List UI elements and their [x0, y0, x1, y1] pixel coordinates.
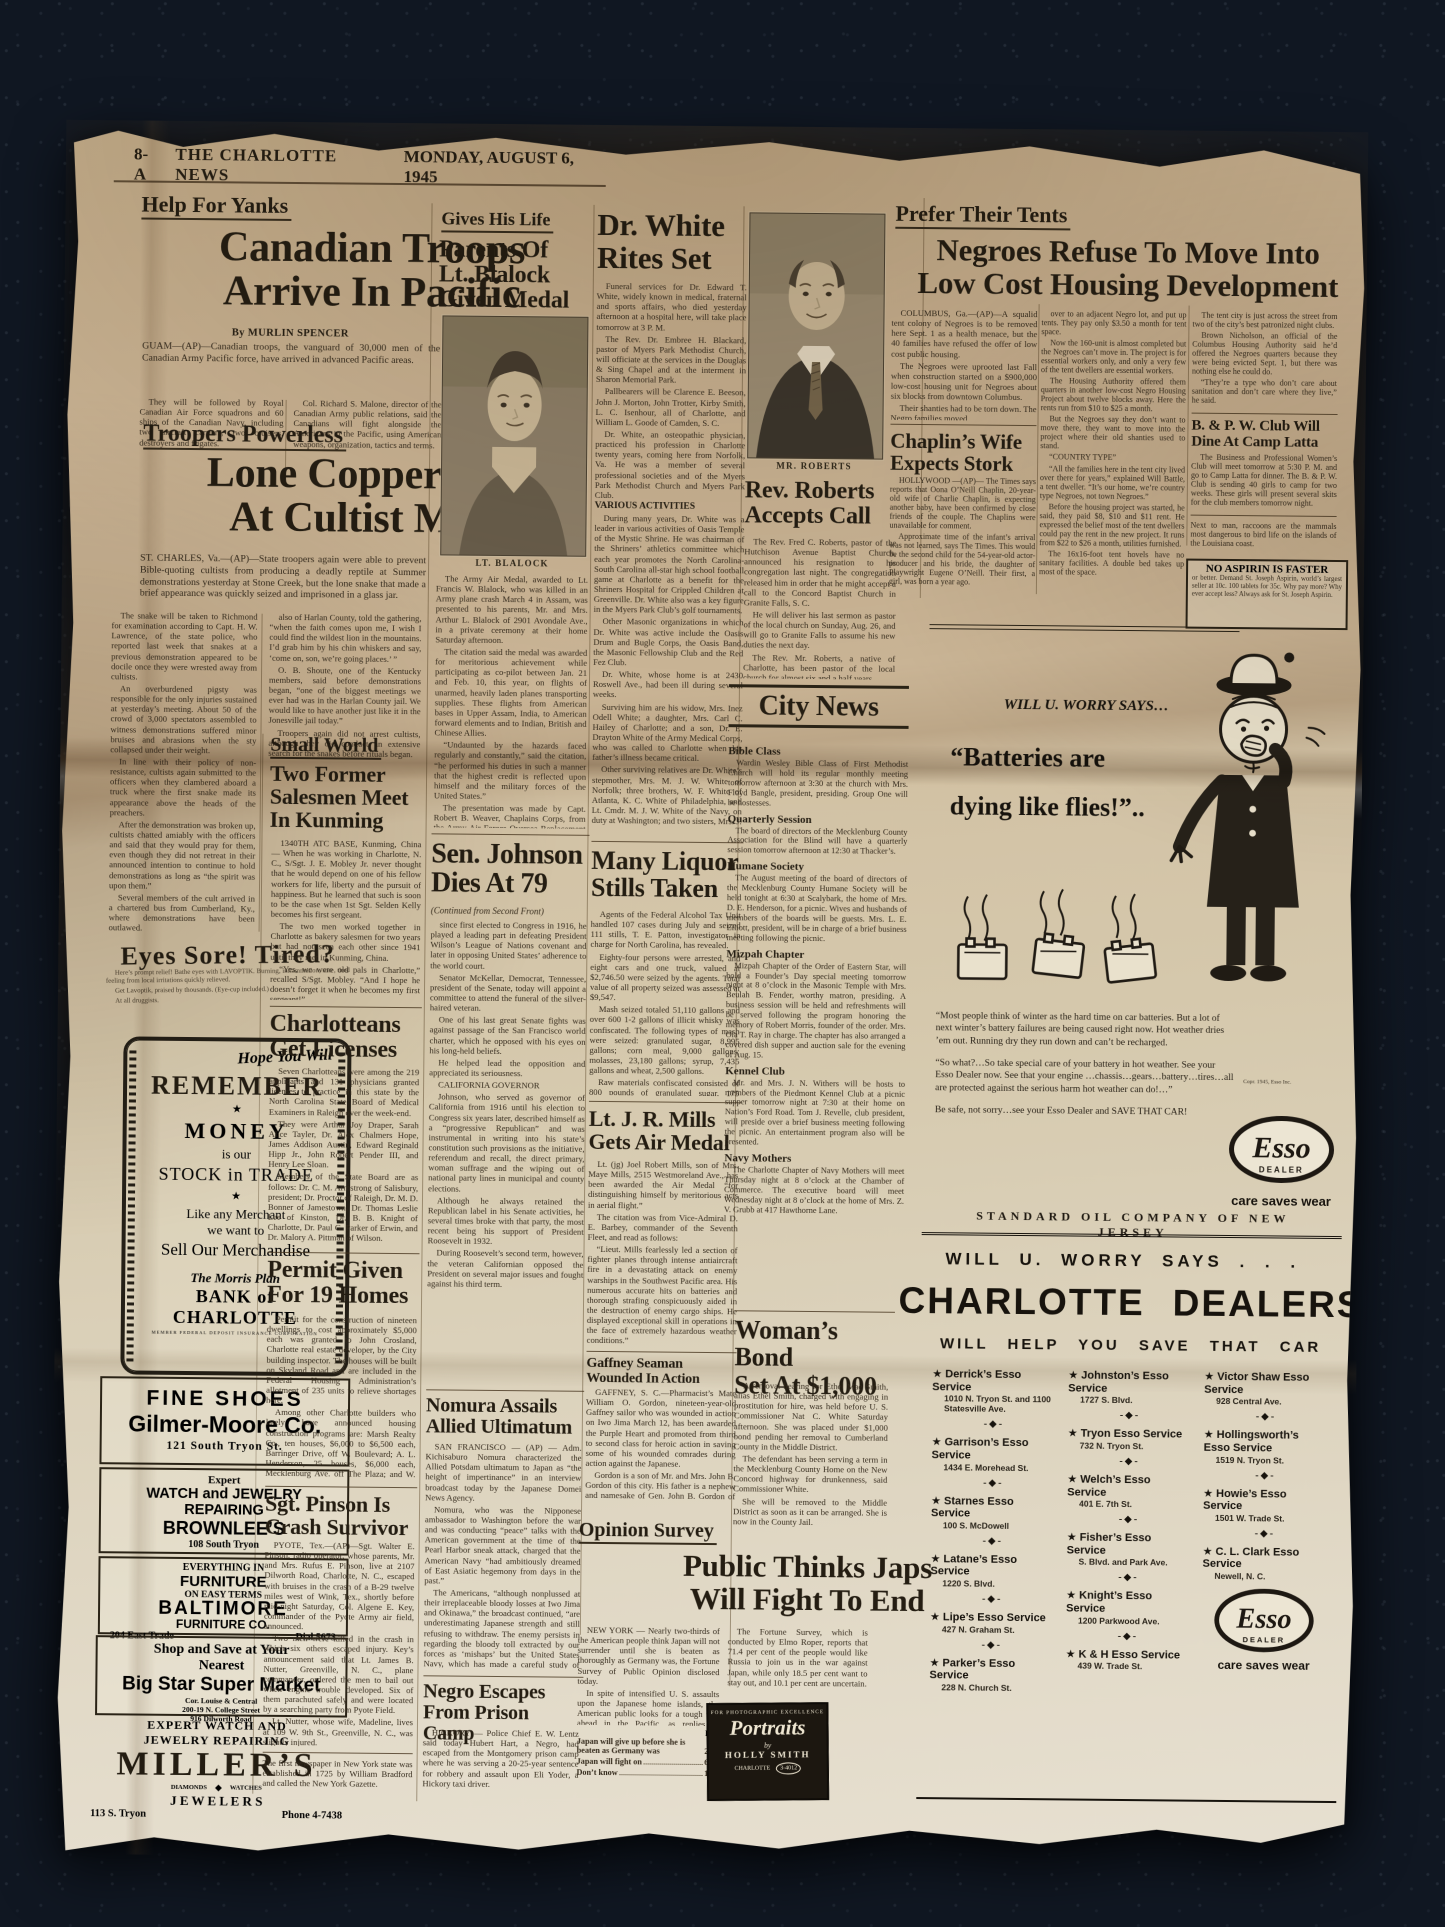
city-news-item-text: The board of directors of the Mecklenbur…: [727, 826, 907, 857]
star-icon: ★: [930, 1657, 940, 1669]
article-mills-body: Lt. (jg) Joel Robert Mills, son of Mrs. …: [587, 1159, 739, 1346]
city-news-title: City News: [729, 691, 909, 722]
stats-rows: Japan will give up before she is beaten …: [576, 1737, 718, 1778]
city-news-item-heading: Quarterly Session: [728, 813, 908, 827]
diamond-separator-icon: -◆-: [1067, 1455, 1191, 1467]
dealer-item: ★C. L. Clark Esso Service Newell, N. C. …: [1202, 1546, 1326, 1582]
city-news-item: Kennel Club Mr. and Mrs. J. N. Withers w…: [725, 1065, 906, 1149]
dealer-name: ★Johnston’s Esso Service: [1068, 1369, 1192, 1395]
article-opinion-body-right: The Fortune Survey, which is conducted b…: [727, 1626, 868, 1697]
stat-row: Don’t know 10.9: [576, 1768, 718, 1778]
city-news-item: Quarterly Session The board of directors…: [727, 813, 907, 857]
dealer-item: ★Tryon Esso Service 732 N. Tryon St. -◆-: [1067, 1428, 1191, 1468]
star-icon: ★: [1203, 1546, 1213, 1558]
article-white-headline: Dr. White Rites Set: [597, 209, 750, 276]
diamond-separator-icon: -◆-: [1066, 1572, 1190, 1584]
filler-raccoons: Next to man, raccoons are the mammals mo…: [1190, 515, 1336, 560]
article-chaplin-body: HOLLYWOOD —(AP)— The Times says reports …: [889, 476, 1036, 599]
ad-aspirin-text: or better. Demand St. Joseph Aspirin, wo…: [1192, 575, 1342, 616]
star-icon: ★: [1203, 1487, 1213, 1499]
ad-portraits-name: HOLLY SMITH: [709, 1749, 827, 1760]
star-icon: ★: [1066, 1648, 1076, 1660]
dealer-address: 100 S. McDowell: [943, 1520, 1055, 1531]
svg-text:Esso: Esso: [1235, 1604, 1291, 1636]
kicker-label: Small World: [270, 734, 381, 760]
ad-portraits-phone: 3-4012: [776, 1762, 801, 1774]
dealer-address: 439 W. Trade St.: [1078, 1661, 1190, 1672]
stat-label: Japan will give up before she is beaten …: [577, 1737, 701, 1756]
star-icon: ★: [1068, 1428, 1078, 1440]
dealers-column-2: ★Johnston’s Esso Service 1727 S. Blvd. -…: [1065, 1369, 1192, 1701]
article-blalock-body: The Army Air Medal, awarded to Lt. Franc…: [434, 573, 588, 828]
dealer-name: ★Hollingsworth’s Esso Service: [1204, 1429, 1328, 1455]
city-news-header: City News: [729, 684, 909, 729]
article-permit-headline: Permit Given For 19 Homes: [267, 1252, 420, 1310]
ad-dealers-title-left: CHARLOTTE: [898, 1280, 1145, 1324]
city-news-item-heading: Bible Class: [728, 745, 908, 759]
article-charlotteans-body: Seven Charlotteans were among the 219 ap…: [268, 1066, 420, 1247]
dealer-name: ★Lipe’s Esso Service: [930, 1611, 1054, 1625]
article-canadian-troops-byline: By MURLIN SPENCER: [140, 327, 440, 341]
dealer-address: 1200 Parkwood Ave.: [1078, 1615, 1190, 1626]
article-opinion-kicker: Opinion Survey: [579, 1519, 717, 1545]
dealer-address: 1434 E. Morehead St.: [943, 1462, 1055, 1473]
city-news-item-heading: Navy Mothers: [724, 1152, 904, 1166]
kicker-label: Troopers Powerless: [143, 421, 346, 452]
article-negroes-col2: over to an adjacent Negro lot, and put u…: [1039, 309, 1187, 598]
ad-esso-cartoon: WILL U. WORRY SAYS… “Batteries are dying…: [924, 634, 1348, 1226]
carpet-background: 8-A THE CHARLOTTE NEWS MONDAY, AUGUST 6,…: [0, 0, 1445, 1927]
dealer-item: ★Starnes Esso Service 100 S. McDowell -◆…: [931, 1495, 1055, 1547]
ad-millers-phone: Phone 4-7438: [282, 1810, 342, 1822]
dealer-item: ★Hollingsworth’s Esso Service 1519 N. Tr…: [1203, 1429, 1327, 1481]
city-news-item-text: Wardin Wesley Bible Class of First Metho…: [728, 758, 908, 809]
article-chaplin-headline: Chaplin’s Wife Expects Stork: [890, 424, 1036, 475]
ad-portraits-city: CHARLOTTE: [734, 1766, 770, 1772]
dealer-name: ★Howie’s Esso Service: [1203, 1487, 1327, 1513]
filler-first-newspaper: The first newspaper in New York state wa…: [262, 1752, 413, 1809]
dealer-name: ★Parker’s Esso Service: [929, 1657, 1053, 1683]
stat-label: Don’t know: [576, 1768, 617, 1777]
city-news-item: Humane Society The August meeting of the…: [726, 860, 907, 944]
article-womans-bond-body: A removal hearing for Ethel Mae Smith, a…: [732, 1380, 888, 1579]
ad-esso-slogan: care saves wear: [1224, 1193, 1338, 1209]
dealer-name: ★K & H Esso Service: [1066, 1648, 1190, 1662]
dealer-address: 1220 S. Blvd.: [942, 1578, 1054, 1589]
diamond-icon: ◆: [215, 1782, 222, 1793]
ad-esso-dealers: WILL U. WORRY SAYS . . . CHARLOTTE BUY A…: [916, 1232, 1341, 1803]
ad-dealers-title-right: DEALERS: [1173, 1282, 1364, 1326]
dealer-address: Newell, N. C.: [1214, 1571, 1326, 1582]
article-liquor-body: Agents of the Federal Alcohol Tax Unit h…: [589, 909, 741, 1096]
article-blalock-headline: Parents Of Lt. Blalock Given Medal: [439, 237, 592, 314]
dealer-address: 1727 S. Blvd.: [1080, 1395, 1192, 1406]
dealer-address: 928 Central Ave.: [1216, 1396, 1328, 1407]
article-negroes-col3: The tent city is just across the street …: [1192, 311, 1338, 406]
photo-caption-roberts: MR. ROBERTS: [747, 460, 881, 471]
dealer-name: ★Garrison’s Esso Service: [932, 1436, 1056, 1462]
city-news-item: Bible Class Wardin Wesley Bible Class of…: [728, 745, 909, 809]
photo-lt-blalock: [440, 315, 588, 556]
article-blalock-kicker: Gives His Life: [441, 209, 553, 233]
stat-row: Japan will give up before she is beaten …: [577, 1737, 719, 1756]
stat-label: Japan will fight on: [577, 1757, 642, 1767]
dealer-item: ★Howie’s Esso Service 1501 W. Trade St. …: [1203, 1487, 1327, 1539]
diamond-separator-icon: -◆-: [1067, 1514, 1191, 1526]
column-rule: [1186, 306, 1189, 546]
ad-millers-watches: WATCHES: [230, 1784, 262, 1791]
dealer-item: ★Latane’s Esso Service 1220 S. Blvd. -◆-: [930, 1553, 1054, 1605]
dealers-column-3-list: ★Victor Shaw Esso Service 928 Central Av…: [1202, 1371, 1328, 1582]
ad-dealers-kicker: WILL U. WORRY SAYS . . .: [945, 1249, 1341, 1273]
dealer-item: ★K & H Esso Service 439 W. Trade St. -◆-: [1066, 1648, 1190, 1672]
article-opinion-body-left: NEW YORK — Nearly two-thirds of the Amer…: [577, 1625, 720, 1726]
article-pinson-body: PYOTE, Tex.—(AP)—Sgt. Walter E. Pinson, …: [263, 1540, 415, 1747]
star-icon: ★: [931, 1553, 941, 1565]
article-copperhead-lead: ST. CHARLES, Va.—(AP)—State troopers aga…: [140, 553, 426, 608]
svg-text:DEALER: DEALER: [1243, 1635, 1285, 1644]
city-news-item-text: Mizpah Chapter of the Order of Eastern S…: [725, 961, 906, 1062]
ad-aspirin: NO ASPIRIN IS FASTER or better. Demand S…: [1186, 559, 1349, 631]
diamond-separator-icon: -◆-: [1203, 1528, 1327, 1540]
star-icon: ★: [1066, 1590, 1076, 1602]
star-icon: ★: [1067, 1473, 1077, 1485]
article-bpw-body: The Business and Professional Women’s Cl…: [1191, 453, 1338, 512]
star-icon: ★: [931, 1495, 941, 1507]
article-nomura-body: SAN FRANCISCO — (AP) — Adm. Kichisaburo …: [424, 1441, 582, 1668]
photo-caption-blalock: LT. BLALOCK: [440, 557, 584, 568]
dealer-address: 401 E. 7th St.: [1079, 1499, 1191, 1510]
article-johnson-continued: (Continued from Second Front): [431, 905, 589, 917]
dot-leader: [620, 1774, 702, 1776]
dealer-name: ★Tryon Esso Service: [1068, 1428, 1192, 1442]
dealer-name: ★Derrick’s Esso Service: [932, 1368, 1056, 1394]
article-johnson-body: since first elected to Congress in 1916,…: [426, 919, 586, 1382]
article-permit-body: Permit for the construction of nineteen …: [265, 1314, 417, 1479]
kicker-label: Opinion Survey: [579, 1519, 717, 1545]
svg-text:Esso: Esso: [1251, 1131, 1311, 1165]
dealer-name: ★Fisher’s Esso Service: [1067, 1532, 1191, 1558]
newspaper-page: 8-A THE CHARLOTTE NEWS MONDAY, AUGUST 6,…: [50, 120, 1369, 1866]
ad-portraits-title: Portraits: [708, 1715, 826, 1741]
dealer-item: ★Knight’s Esso Service 1200 Parkwood Ave…: [1066, 1590, 1190, 1642]
dealer-name: ★C. L. Clark Esso Service: [1202, 1546, 1326, 1572]
city-news-item-text: Mr. and Mrs. J. N. Withers will be hosts…: [725, 1078, 906, 1149]
diamond-separator-icon: -◆-: [1203, 1469, 1327, 1481]
article-negroes-col1: COLUMBUS, Ga.—(AP)—A squalid tent colony…: [891, 308, 1038, 421]
star-icon: ★: [1204, 1371, 1214, 1383]
article-kunming-kicker: Small World: [270, 734, 381, 760]
dealer-name: ★Victor Shaw Esso Service: [1204, 1371, 1328, 1397]
stat-row: Japan will fight on 62.2: [577, 1757, 719, 1767]
svg-text:DEALER: DEALER: [1259, 1165, 1304, 1174]
dealer-name: ★Welch’s Esso Service: [1067, 1473, 1191, 1499]
city-news-item-text: The Charlotte Chapter of Navy Mothers wi…: [724, 1165, 904, 1216]
dealer-address: 1010 N. Tryon St. and 1100 Statesville A…: [944, 1394, 1056, 1415]
dealer-address: 1501 W. Trade St.: [1215, 1513, 1327, 1524]
star-icon: ★: [932, 1436, 942, 1448]
article-negroes-kicker: Prefer Their Tents: [895, 202, 1070, 231]
ad-millers-addr: 113 S. Tryon: [90, 1808, 146, 1820]
diamond-separator-icon: -◆-: [1066, 1630, 1190, 1642]
ad-dealers-subtitle: WILL HELP YOU SAVE THAT CAR: [921, 1335, 1341, 1356]
diamond-separator-icon: -◆-: [1204, 1411, 1328, 1423]
diamond-separator-icon: -◆-: [1068, 1410, 1192, 1422]
article-mills-headline: Lt. J. R. Mills Gets Air Medal: [588, 1101, 740, 1155]
article-gaffney-headline: Gaffney Seaman Wounded In Action: [586, 1351, 736, 1388]
star-icon: ★: [1068, 1369, 1078, 1381]
dealer-name: ★Knight’s Esso Service: [1066, 1590, 1190, 1616]
diamond-separator-icon: -◆-: [930, 1593, 1054, 1605]
dealer-item: ★Welch’s Esso Service 401 E. 7th St. -◆-: [1067, 1473, 1191, 1525]
article-negro-escape-body: HICKORY — Police Chief E. W. Lentz said …: [422, 1727, 579, 1800]
article-kunming-body: 1340TH ATC BASE, Kunming, China — When h…: [270, 838, 422, 1001]
article-canadian-troops-kicker: Help For Yanks: [141, 193, 291, 222]
diamond-separator-icon: -◆-: [930, 1639, 1054, 1651]
article-bpw-headline: B. & P. W. Club Will Dine At Camp Latta: [1191, 413, 1337, 452]
dealer-address: 427 N. Graham St.: [942, 1624, 1054, 1635]
city-news-item-text: The August meeting of the board of direc…: [726, 873, 907, 944]
article-canadian-troops-lead: GUAM—(AP)—Canadian troops, the vanguard …: [142, 341, 440, 396]
ad-millers-diamonds: DIAMONDS: [171, 1784, 207, 1791]
article-roberts-body: The Rev. Fred C. Roberts, pastor of the …: [743, 536, 896, 679]
dealer-item: ★Johnston’s Esso Service 1727 S. Blvd. -…: [1068, 1369, 1192, 1421]
star-icon: ★: [932, 1368, 942, 1380]
article-johnson-headline: Sen. Johnson Dies At 79: [431, 833, 590, 899]
star-icon: ★: [1204, 1429, 1214, 1441]
dealer-item: ★Derrick’s Esso Service 1010 N. Tryon St…: [932, 1368, 1057, 1430]
diamond-separator-icon: -◆-: [931, 1477, 1055, 1489]
page-number: 8-A: [134, 144, 160, 184]
kicker-label: Gives His Life: [441, 209, 553, 233]
article-kunming-headline: Two Former Salesmen Meet In Kunming: [270, 762, 425, 833]
dealer-item: ★Garrison’s Esso Service 1434 E. Morehea…: [931, 1436, 1055, 1488]
star-icon: ★: [1067, 1532, 1077, 1544]
city-news-item: Navy Mothers The Charlotte Chapter of Na…: [724, 1152, 905, 1216]
kicker-label: Prefer Their Tents: [895, 202, 1070, 231]
article-opinion-stats: Pct. Japan will give up before she is be…: [576, 1727, 718, 1780]
city-news-item-heading: Mizpah Chapter: [726, 948, 906, 962]
article-copperhead-col-left: The snake will be taken to Richmond for …: [109, 610, 258, 935]
dealer-address: 228 N. Church St.: [941, 1682, 1053, 1693]
dealers-column-3: ★Victor Shaw Esso Service 928 Central Av…: [1201, 1371, 1328, 1703]
dealer-name: ★Starnes Esso Service: [931, 1495, 1055, 1521]
ad-esso-copyright: Copr. 1945, Esso Inc.: [1243, 1079, 1291, 1085]
article-negroes-headline: Negroes Refuse To Move Into Low Cost Hou…: [907, 234, 1350, 303]
article-liquor-headline: Many Liquor Stills Taken: [591, 841, 744, 903]
ad-portraits: FOR PHOTOGRAPHIC EXCELLENCE Portraits by…: [706, 1702, 829, 1801]
diamond-separator-icon: -◆-: [931, 1535, 1055, 1547]
article-white-subhead: VARIOUS ACTIVITIES: [595, 501, 745, 512]
star-icon: ★: [930, 1611, 940, 1623]
dot-leader: [644, 1763, 702, 1765]
esso-logo: Esso DEALER: [1228, 1115, 1335, 1190]
ad-dealers-slogan: care saves wear: [1202, 1658, 1326, 1673]
dealer-address: 732 N. Tryon St.: [1080, 1441, 1192, 1452]
article-gaffney-body: GAFFNEY, S. C.—Pharmacist’s Mate William…: [585, 1387, 736, 1504]
newspaper-sheet: 8-A THE CHARLOTTE NEWS MONDAY, AUGUST 6,…: [50, 120, 1369, 1866]
dealers-column-1: ★Derrick’s Esso Service 1010 N. Tryon St…: [929, 1368, 1056, 1700]
ad-esso-kicker: WILL U. WORRY SAYS…: [1004, 697, 1169, 716]
article-white-body1: Funeral services for Dr. Edward T. White…: [595, 281, 747, 500]
article-charlotteans-headline: Charlotteans Get Licenses: [269, 1006, 422, 1064]
article-nomura-headline: Nomura Assails Allied Ultimatum: [426, 1389, 584, 1439]
city-news-item-heading: Humane Society: [727, 860, 907, 874]
worried-man-cartoon: [1156, 640, 1339, 1002]
dealer-item: ★Victor Shaw Esso Service 928 Central Av…: [1204, 1371, 1328, 1423]
kicker-label: Help For Yanks: [141, 193, 291, 222]
dealer-address: 1519 N. Tryon St.: [1215, 1454, 1327, 1465]
article-roberts-headline: Rev. Roberts Accepts Call: [744, 478, 896, 530]
dealer-item: ★Fisher’s Esso Service S. Blvd. and Park…: [1066, 1532, 1190, 1584]
dealer-name: ★Latane’s Esso Service: [930, 1553, 1054, 1579]
esso-logo: Esso DEALER: [1212, 1588, 1317, 1659]
diamond-separator-icon: -◆-: [932, 1418, 1056, 1430]
article-white-body2: During many years, Dr. White was a leade…: [592, 513, 745, 828]
city-news-item: Mizpah Chapter Mizpah Chapter of the Ord…: [725, 948, 906, 1062]
dealer-address: S. Blvd. and Park Ave.: [1079, 1557, 1191, 1568]
smoking-batteries-cartoon: [954, 882, 1160, 994]
article-copperhead-kicker: Troopers Powerless: [143, 421, 346, 452]
ad-esso-copy: “Most people think of winter as the hard…: [935, 1000, 1236, 1129]
article-pinson-headline: Sgt. Pinson Is Crash Survivor: [265, 1486, 417, 1540]
photo-mr-roberts: [747, 212, 885, 459]
city-news-items: Bible Class Wardin Wesley Bible Class of…: [723, 740, 908, 1304]
dealer-item: ★Parker’s Esso Service 228 N. Church St.…: [929, 1657, 1053, 1693]
city-news-item-heading: Kennel Club: [725, 1065, 905, 1079]
dealer-item: ★Lipe’s Esso Service 427 N. Graham St. -…: [930, 1611, 1054, 1651]
